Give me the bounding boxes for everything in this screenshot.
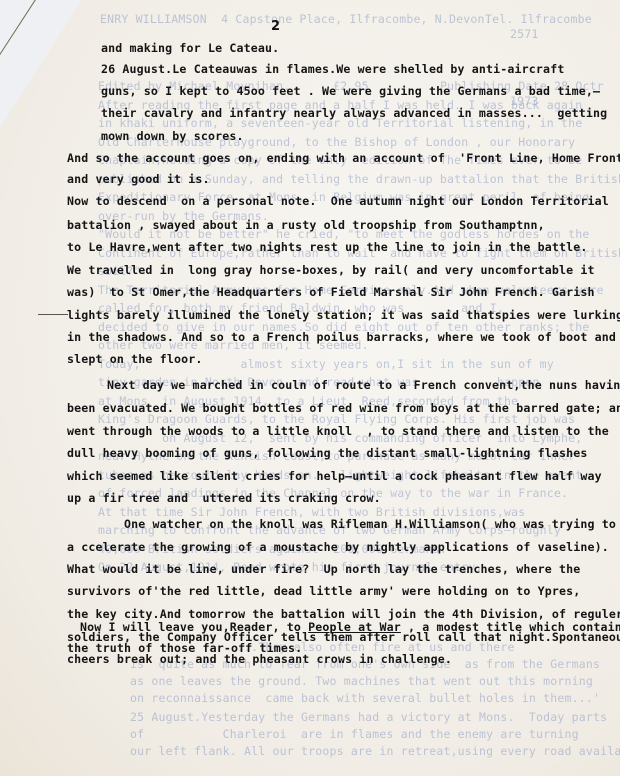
body-line: and making for Le Cateau. — [101, 41, 279, 55]
body-line: up a fir tree and uttered its craking cr… — [67, 491, 381, 505]
show-through-line: on reconnaissance came back with several… — [130, 691, 600, 705]
body-line: was) to St Omer,the Headquarters of Fiel… — [67, 285, 595, 299]
body-line: mown down by scores. — [101, 129, 244, 143]
book-title: People at War — [308, 620, 401, 634]
body-line: One watcher on the knoll was Rifleman H.… — [124, 517, 616, 531]
body-line: And so the account goes on, ending with … — [67, 151, 620, 165]
body-line: the key city.And tomorrow the battalion … — [67, 607, 620, 621]
show-through-line: of Charleroi are in flames and the enemy… — [130, 727, 579, 741]
body-line: lights barely illumined the lonely stati… — [67, 308, 620, 322]
closing-suffix: , a modest title which contains — [401, 620, 620, 634]
show-through-line: our left flank. All our troops are in re… — [130, 744, 620, 758]
body-line: a ccelerate the growing of a moustache b… — [67, 540, 609, 554]
letterhead-tel: Tel. Ilfracombe — [485, 12, 592, 26]
show-through-line: as one leaves the ground. Two machines t… — [130, 674, 593, 688]
body-line: guns, so I kept to 45oo feet . We were g… — [101, 84, 600, 98]
letterhead-address: ENRY WILLIAMSON 4 Capstone Place, Ilfrac… — [100, 12, 492, 26]
body-line: Now to descend on a personal note. One a… — [67, 194, 609, 208]
closing-paragraph-line-2: the truth of those far-off times. — [67, 641, 302, 655]
body-line: went through the woods to a little knoll… — [67, 424, 609, 438]
body-line: their cavalry and infantry nearly always… — [101, 106, 607, 120]
body-line: battalion , swayed about in a rusty old … — [67, 218, 545, 232]
body-line: and very good it is. — [67, 172, 210, 186]
closing-paragraph-line-1: Now I will leave you,Reader, to People a… — [80, 620, 620, 634]
body-line: What would it be line, under fire? Up no… — [67, 562, 580, 576]
body-line: to Le Havre,went after two nights rest u… — [67, 240, 588, 254]
page-number: 2 — [271, 19, 280, 34]
show-through-line: 25 August.Yesterday the Germans had a vi… — [130, 710, 607, 724]
body-line: We travelled in long gray horse-boxes, b… — [67, 263, 595, 277]
body-line: dull heavy booming of guns, following th… — [67, 446, 588, 460]
body-line: 26 August.Le Cateauwas in flames.We were… — [101, 62, 564, 76]
body-line: which seemed like silent cries for help—… — [67, 469, 602, 483]
margin-mark — [38, 314, 68, 315]
letterhead-tel-number: 2571 — [510, 27, 539, 41]
closing-prefix: Now I will leave you,Reader, to — [80, 620, 308, 634]
body-line: slept on the floor. — [67, 352, 202, 366]
body-line: been evacuated. We bought bottles of red… — [67, 401, 620, 415]
body-line: Next day we marched in couln of route to… — [107, 378, 620, 392]
body-line: survivors of'the red little, dead little… — [67, 584, 580, 598]
folded-corner — [0, 0, 82, 128]
body-line: in the shadows. And so to a French poilu… — [67, 330, 616, 344]
